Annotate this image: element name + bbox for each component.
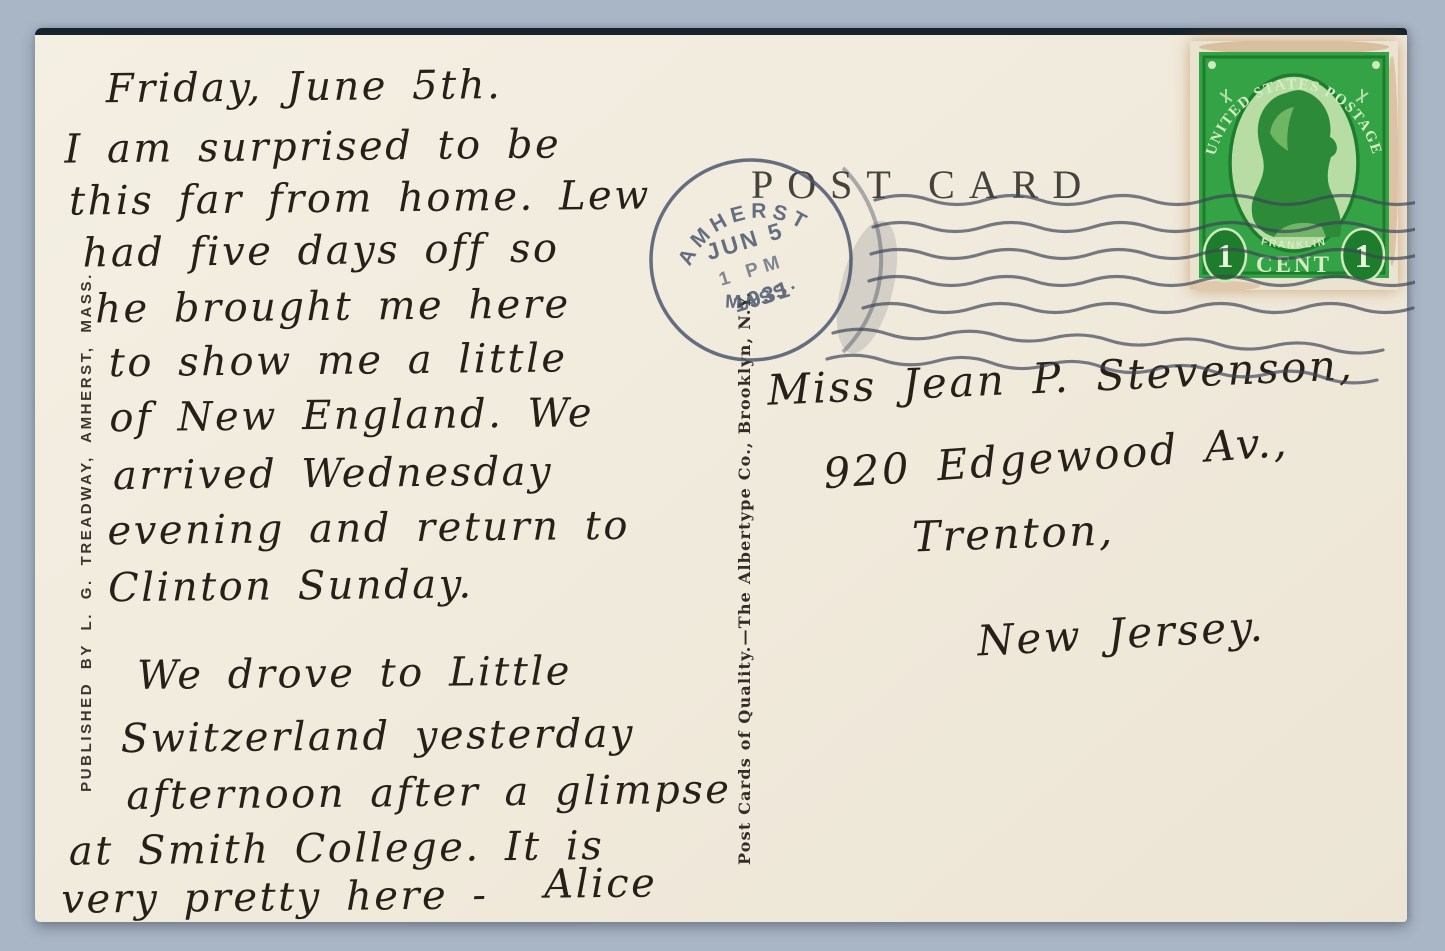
address-line: Miss Jean P. Stevenson, <box>766 340 1355 415</box>
stamp-graphic: UNITED STATES POSTAGE FRANKLIN 1 1 CENT <box>1190 41 1398 290</box>
scanned-postcard-photo: PUBLISHED BY L. G. TREADWAY, AMHERST, MA… <box>0 0 1445 951</box>
address-line: New Jersey. <box>976 601 1266 665</box>
address-line: Trenton, <box>911 505 1115 561</box>
address-line: 920 Edgewood Av., <box>822 417 1290 498</box>
postcard-back: PUBLISHED BY L. G. TREADWAY, AMHERST, MA… <box>35 28 1407 922</box>
stamp-value-left: 1 <box>1217 238 1234 275</box>
stamp-value-right: 1 <box>1355 238 1372 275</box>
postage-stamp: UNITED STATES POSTAGE FRANKLIN 1 1 CENT <box>1190 41 1398 290</box>
stamp-unit: CENT <box>1256 252 1332 277</box>
